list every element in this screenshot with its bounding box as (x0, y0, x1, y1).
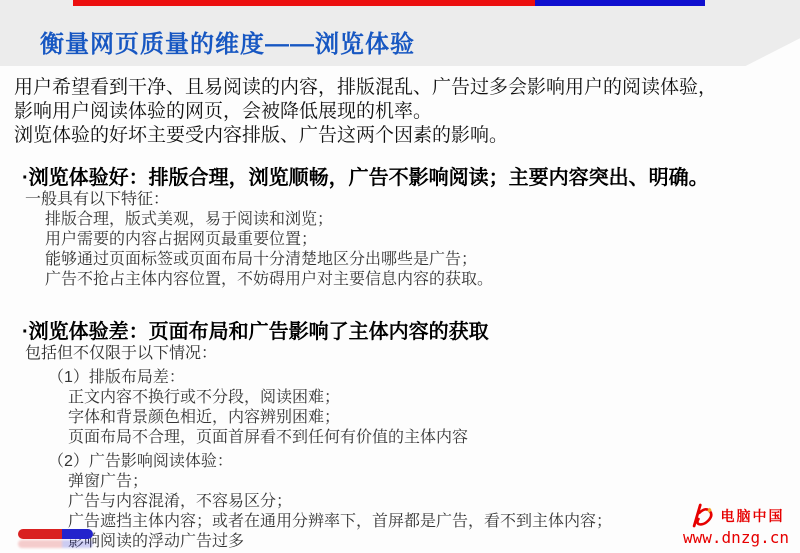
slide: 衡量网页质量的维度——浏览体验 用户希望看到干净、且易阅读的内容，排版混乱、广告… (0, 0, 800, 553)
intro-line: 用户希望看到干净、且易阅读的内容，排版混乱、广告过多会影响用户的阅读体验， (14, 76, 794, 100)
group-label: （1）排版布局差： (48, 368, 794, 388)
good-feature-list: 排版合理，版式美观，易于阅读和浏览； 用户需要的内容占据网页最重要位置； 能够通… (45, 210, 794, 290)
intro-paragraph: 用户希望看到干净、且易阅读的内容，排版混乱、广告过多会影响用户的阅读体验， 影响… (14, 76, 794, 148)
group-label: （2）广告影响阅读体验： (48, 452, 794, 472)
section-good-experience: ·浏览体验好：排版合理，浏览顺畅，广告不影响阅读；主要内容突出、明确。 一般具有… (14, 166, 794, 290)
dnzg-logo-icon (688, 502, 716, 529)
site-logo: 电脑中国 www.dnzg.cn (675, 502, 797, 547)
list-item: 广告不抢占主体内容位置，不妨碍用户对主要信息内容的获取。 (45, 270, 794, 290)
accent-red-segment (73, 0, 535, 6)
list-item: 能够通过页面标签或页面布局十分清楚地区分出哪些是广告； (45, 250, 794, 270)
list-item: 用户需要的内容占据网页最重要位置； (45, 230, 794, 250)
list-item: 页面布局不合理，页面首屏看不到任何有价值的主体内容 (68, 428, 794, 448)
accent-blue-segment (535, 0, 705, 6)
page-title: 衡量网页质量的维度——浏览体验 (40, 24, 415, 59)
header-band: 衡量网页质量的维度——浏览体验 (0, 0, 800, 66)
intro-line: 影响用户阅读体验的网页，会被降低展现的机率。 (14, 100, 794, 124)
list-item: 字体和背景颜色相近，内容辨别困难； (68, 408, 794, 428)
logo-row: 电脑中国 (675, 502, 797, 529)
logo-name: 电脑中国 (721, 506, 785, 526)
list-item: 正文内容不换行或不分段，阅读困难； (68, 388, 794, 408)
good-section-subintro: 一般具有以下特征： (25, 190, 794, 210)
footer-accent-pill (18, 529, 93, 539)
intro-line: 浏览体验的好坏主要受内容排版、广告这两个因素的影响。 (14, 124, 794, 148)
list-item: 排版合理，版式美观，易于阅读和浏览； (45, 210, 794, 230)
bad-section-heading: ·浏览体验差：页面布局和广告影响了主体内容的获取 (22, 320, 794, 344)
bad-section-subintro: 包括但不仅限于以下情况： (25, 344, 794, 364)
group-item-list: 正文内容不换行或不分段，阅读困难； 字体和背景颜色相近，内容辨别困难； 页面布局… (68, 388, 794, 448)
good-section-heading: ·浏览体验好：排版合理，浏览顺畅，广告不影响阅读；主要内容突出、明确。 (22, 166, 794, 190)
bad-group-layout: （1）排版布局差： 正文内容不换行或不分段，阅读困难； 字体和背景颜色相近，内容… (14, 368, 794, 448)
top-accent-bar (73, 0, 705, 6)
logo-url: www.dnzg.cn (675, 529, 797, 547)
list-item: 弹窗广告； (68, 472, 794, 492)
